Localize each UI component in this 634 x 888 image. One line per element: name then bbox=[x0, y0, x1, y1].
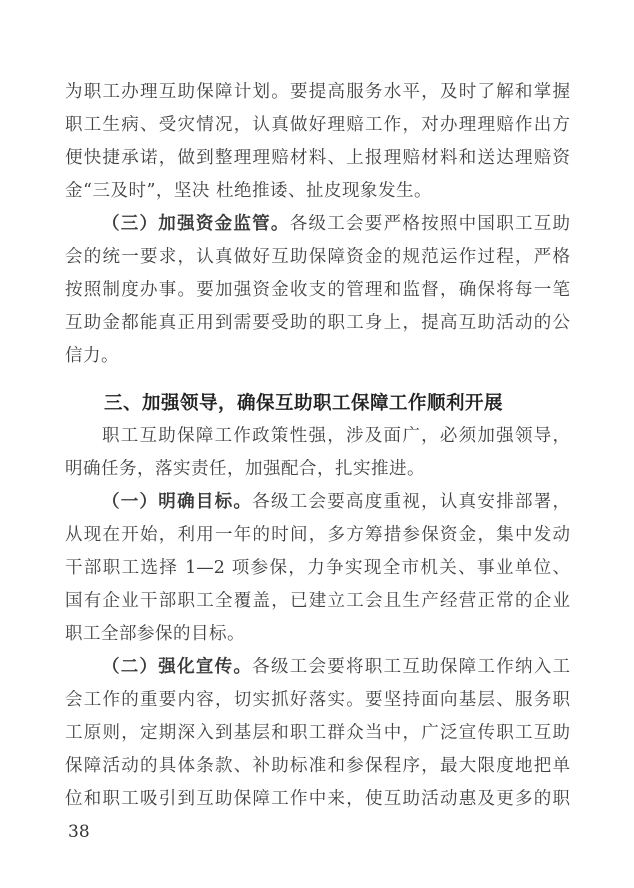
document-page: 为职工办理互助保障计划。要提高服务水平，及时了解和掌握 职工生病、受灾情况，认真… bbox=[0, 0, 634, 888]
text-line: 职工全部参保的目标。 bbox=[65, 618, 570, 651]
paragraph-lead-rest: 各级工会要高度重视，认真安排部署， bbox=[252, 492, 570, 512]
text-line: 明确任务，落实责任，加强配合，扎实推进。 bbox=[65, 453, 570, 486]
text-line: 互助金都能真正用到需要受助的职工身上，提高互助活动的公 bbox=[65, 307, 570, 340]
text-line: 会的统一要求，认真做好互助保障资金的规范运作过程，严格 bbox=[65, 241, 570, 274]
paragraph-lead-label: （一）明确目标。 bbox=[102, 492, 252, 512]
paragraph-claims-service: 为职工办理互助保障计划。要提高服务水平，及时了解和掌握 职工生病、受灾情况，认真… bbox=[65, 76, 570, 208]
text-line: 位和职工吸引到互助保障工作中来，使互助活动惠及更多的职 bbox=[65, 783, 570, 816]
paragraph-lead-rest: 各级工会要严格按照中国职工互助 bbox=[290, 214, 570, 234]
text-line: 工原则，定期深入到基层和职工群众当中，广泛宣传职工互助 bbox=[65, 717, 570, 750]
text-line: 按照制度办事。要加强资金收支的管理和监督，确保将每一笔 bbox=[65, 274, 570, 307]
text-line: （三）加强资金监管。各级工会要严格按照中国职工互助 bbox=[65, 208, 570, 241]
text-line: （一）明确目标。各级工会要高度重视，认真安排部署， bbox=[65, 486, 570, 519]
text-line: 保障活动的具体条款、补助标准和参保程序，最大限度地把单 bbox=[65, 750, 570, 783]
paragraph-lead-label: （三）加强资金监管。 bbox=[102, 214, 290, 234]
paragraph-fund-supervision: （三）加强资金监管。各级工会要严格按照中国职工互助 会的统一要求，认真做好互助保… bbox=[65, 208, 570, 373]
text-line: 国有企业干部职工全覆盖，已建立工会且生产经营正常的企业 bbox=[65, 585, 570, 618]
text-line: 为职工办理互助保障计划。要提高服务水平，及时了解和掌握 bbox=[65, 76, 570, 109]
text-line: 干部职工选择 1—2 项参保，力争实现全市机关、事业单位、 bbox=[65, 552, 570, 585]
page-number: 38 bbox=[65, 821, 570, 843]
text-line: 职工生病、受灾情况，认真做好理赔工作，对办理理赔作出方 bbox=[65, 109, 570, 142]
text-line: （二）强化宣传。各级工会要将职工互助保障工作纳入工 bbox=[65, 651, 570, 684]
paragraph-strengthen-publicity: （二）强化宣传。各级工会要将职工互助保障工作纳入工 会工作的重要内容，切实抓好落… bbox=[65, 651, 570, 816]
document-content: 为职工办理互助保障计划。要提高服务水平，及时了解和掌握 职工生病、受灾情况，认真… bbox=[65, 76, 570, 843]
text-line: 从现在开始，利用一年的时间，多方筹措参保资金，集中发动 bbox=[65, 519, 570, 552]
section-heading: 三、加强领导，确保互助职工保障工作顺利开展 bbox=[65, 387, 570, 420]
text-line: 金“三及时”，坚决 杜绝推诿、扯皮现象发生。 bbox=[65, 175, 570, 208]
paragraph-lead-rest: 各级工会要将职工互助保障工作纳入工 bbox=[252, 657, 570, 677]
text-line: 职工互助保障工作政策性强，涉及面广，必须加强领导， bbox=[65, 420, 570, 453]
paragraph-leadership-intro: 职工互助保障工作政策性强，涉及面广，必须加强领导， 明确任务，落实责任，加强配合… bbox=[65, 420, 570, 486]
text-line: 会工作的重要内容，切实抓好落实。要坚持面向基层、服务职 bbox=[65, 684, 570, 717]
paragraph-clear-goals: （一）明确目标。各级工会要高度重视，认真安排部署， 从现在开始，利用一年的时间，… bbox=[65, 486, 570, 651]
text-line: 信力。 bbox=[65, 340, 570, 373]
paragraph-lead-label: （二）强化宣传。 bbox=[102, 657, 252, 677]
text-line: 便快捷承诺，做到整理理赔材料、上报理赔材料和送达理赔资 bbox=[65, 142, 570, 175]
